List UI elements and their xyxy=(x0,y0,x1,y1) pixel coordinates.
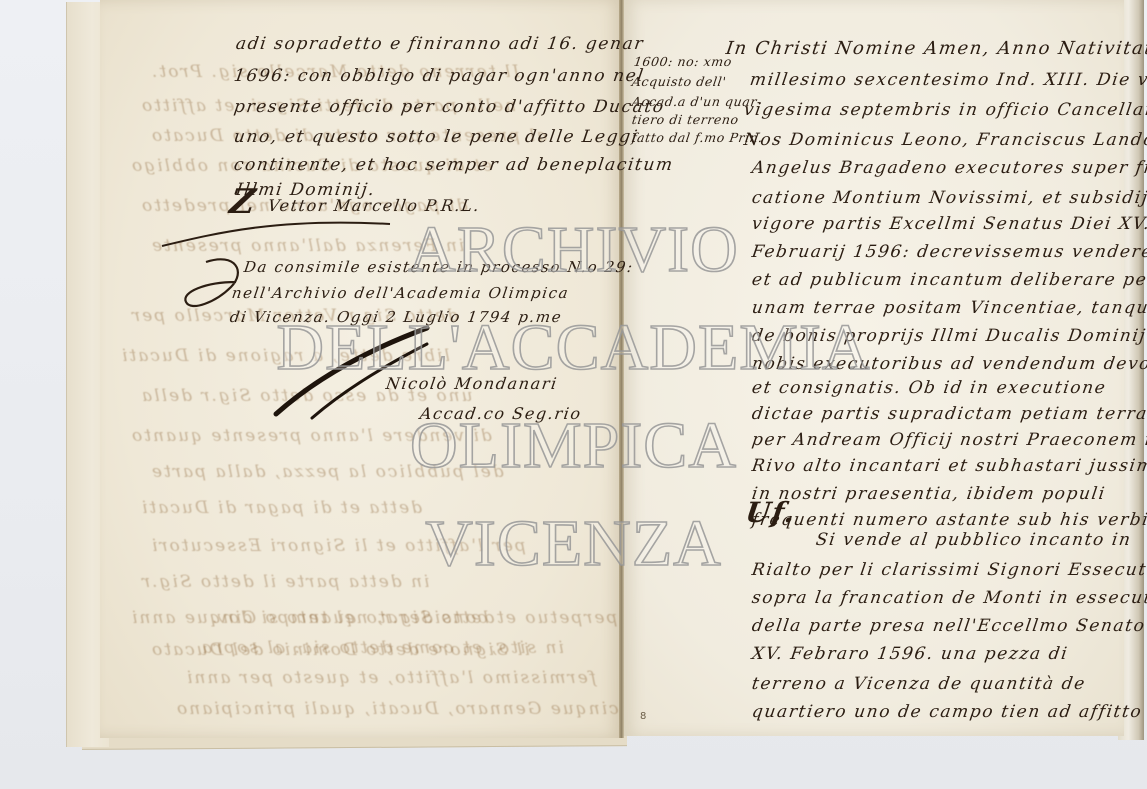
watermark-line-1: ARCHIVIO xyxy=(0,212,1147,288)
watermark-line-3: OLIMPICA xyxy=(0,408,1147,484)
watermark-line-4: VICENZA xyxy=(0,506,1147,582)
watermark-line-2: DELL'ACCADEMIA xyxy=(0,310,1147,386)
right-line-3: vigesima septembris in officio Cancellar… xyxy=(743,100,1147,120)
right-line-24: terreno a Vicenza de quantità de xyxy=(751,674,1088,694)
manuscript-scan: Il terreno detto Marcello sig. Prot. nel… xyxy=(0,0,1147,789)
left-line-3: presente officio per conto d'affitto Duc… xyxy=(233,97,667,117)
right-line-5: Angelus Bragadeno executores super fran- xyxy=(751,158,1147,178)
right-line-6: catione Montium Novissimi, et subsidij, xyxy=(751,188,1147,208)
right-line-22: della parte presa nell'Eccellmo Senato xyxy=(751,616,1147,636)
left-line-1: adi sopradetto e finiranno adi 16. genar xyxy=(235,34,646,54)
right-line-1: In Christi Nomine Amen, Anno Nativitatis… xyxy=(725,38,1147,59)
left-line-5: continente, et hoc semper ad beneplacitu… xyxy=(233,155,676,175)
left-line-4: uno, et questo sotto le pene delle Leggi xyxy=(233,127,640,147)
right-line-2: millesimo sexcentesimo Ind. XIII. Die ve… xyxy=(749,70,1147,90)
right-line-21: sopra la francation de Monti in essecuti… xyxy=(751,588,1147,608)
folio-number: 8 xyxy=(640,711,646,722)
right-line-23: XV. Febraro 1596. una pezza di xyxy=(751,644,1070,664)
left-line-2: 1696: con obbligo di pagar ogn'anno nel xyxy=(233,66,646,86)
right-line-4: Nos Dominicus Leono, Franciscus Lando, e… xyxy=(743,130,1147,150)
right-line-25: quartiero uno de campo tien ad affitto xyxy=(751,702,1144,722)
right-line-17: in nostri praesentia, ibidem populi xyxy=(751,484,1108,504)
